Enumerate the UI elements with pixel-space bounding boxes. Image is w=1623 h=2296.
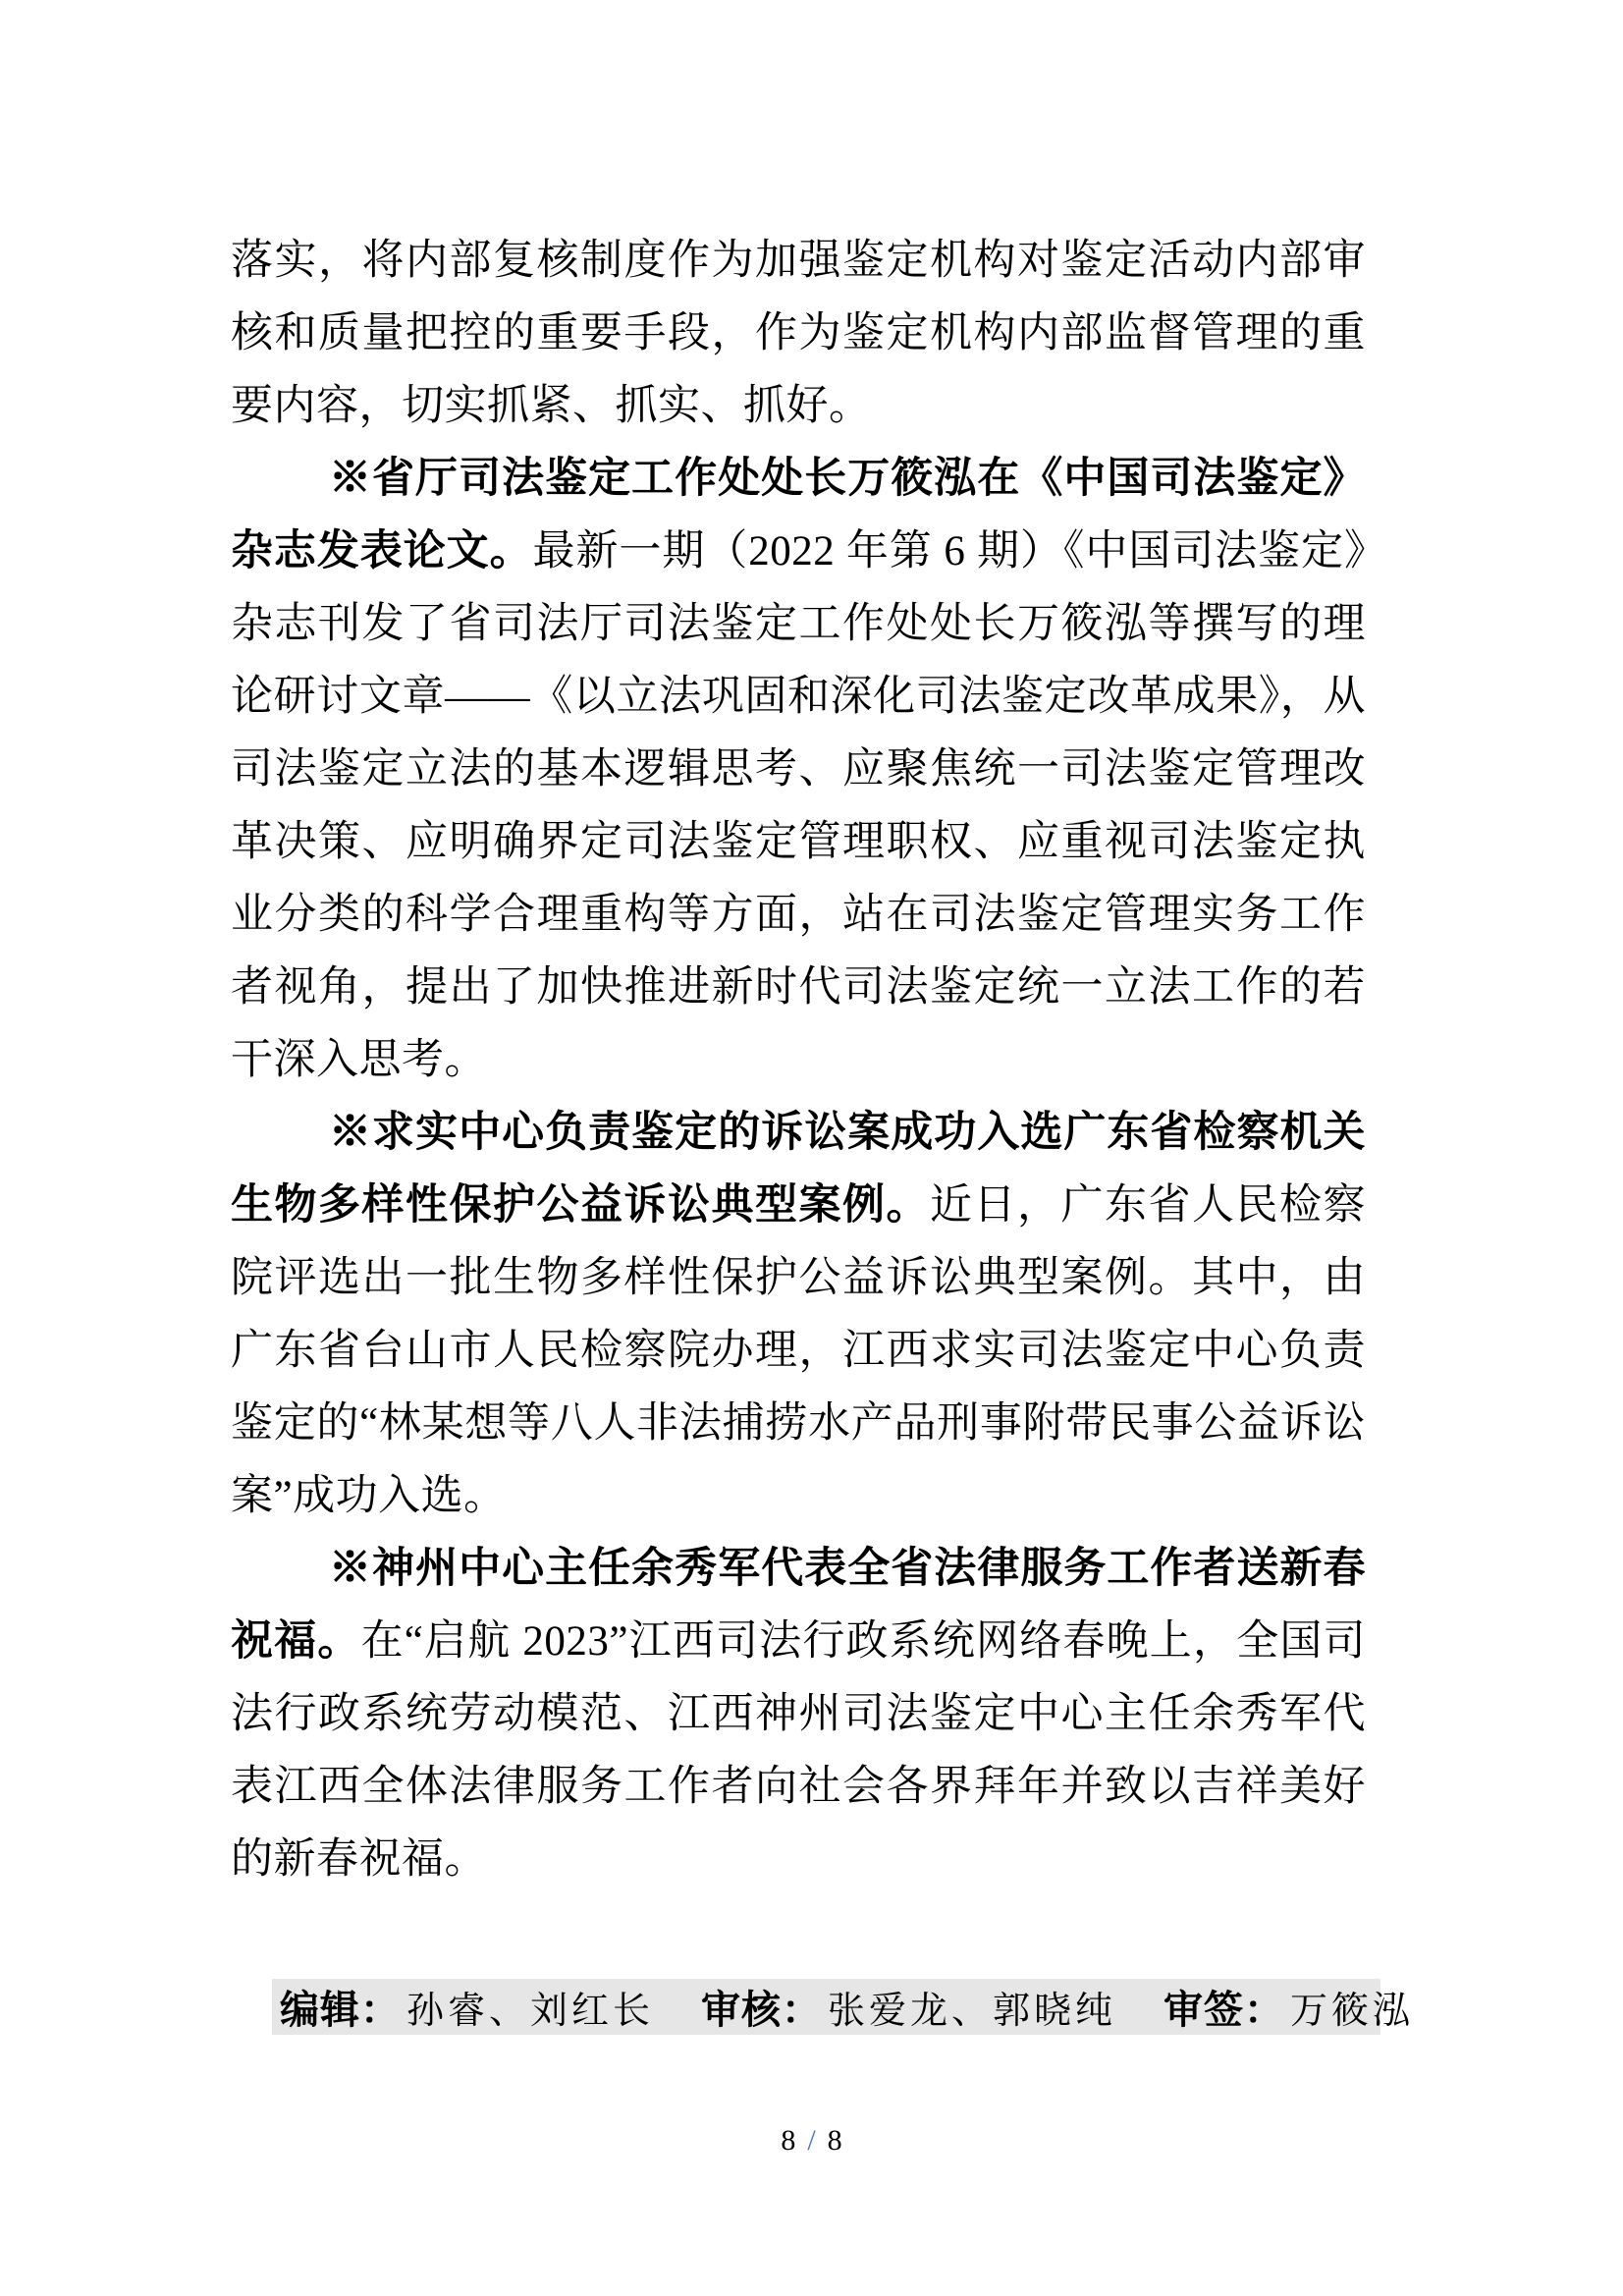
page-number: 8/8 bbox=[0, 2124, 1623, 2158]
credit-editor-label: 编辑： bbox=[280, 1979, 401, 2035]
paragraph-4-text: 在“启航 2023”江西司法行政系统网络春晚上，全国司法行政系统劳动模范、江西神… bbox=[231, 1618, 1366, 1883]
document-page: 落实，将内部复核制度作为加强鉴定机构对鉴定活动内部审核和质量把控的重要手段，作为… bbox=[0, 0, 1623, 2296]
credit-reviewer-label: 审核： bbox=[701, 1979, 822, 2035]
credit-signer: 审签： 万筱泓 bbox=[1163, 1979, 1414, 2035]
document-content: 落实，将内部复核制度作为加强鉴定机构对鉴定活动内部审核和质量把控的重要手段，作为… bbox=[231, 225, 1366, 1896]
paragraph-news-item-3: ※神州中心主任余秀军代表全省法律服务工作者送新春祝福。在“启航 2023”江西司… bbox=[231, 1533, 1366, 1896]
paragraph-3-text: 近日，广东省人民检察院评选出一批生物多样性保护公益诉讼典型案例。其中，由广东省台… bbox=[231, 1182, 1366, 1519]
page-number-total: 8 bbox=[828, 2124, 842, 2157]
credit-signer-names: 万筱泓 bbox=[1290, 1980, 1414, 2034]
credit-signer-label: 审签： bbox=[1163, 1979, 1284, 2035]
credit-reviewer: 审核： 张爱龙、郭晓纯 bbox=[701, 1979, 1116, 2035]
paragraph-news-item-1: ※省厅司法鉴定工作处处长万筱泓在《中国司法鉴定》杂志发表论文。最新一期（2022… bbox=[231, 443, 1366, 1097]
credit-editor: 编辑： 孙睿、刘红长 bbox=[280, 1979, 654, 2035]
credits-bar: 编辑： 孙睿、刘红长 审核： 张爱龙、郭晓纯 审签： 万筱泓 bbox=[272, 1979, 1380, 2035]
paragraph-2-text: 最新一期（2022 年第 6 期）《中国司法鉴定》杂志刊发了省司法厅司法鉴定工作… bbox=[231, 528, 1366, 1083]
credit-reviewer-names: 张爱龙、郭晓纯 bbox=[828, 1980, 1116, 2034]
paragraph-continuation: 落实，将内部复核制度作为加强鉴定机构对鉴定活动内部审核和质量把控的重要手段，作为… bbox=[231, 225, 1366, 443]
page-number-separator: / bbox=[807, 2124, 815, 2157]
paragraph-1-text: 落实，将内部复核制度作为加强鉴定机构对鉴定活动内部审核和质量把控的重要手段，作为… bbox=[231, 238, 1366, 429]
page-number-current: 8 bbox=[781, 2124, 795, 2157]
credit-editor-names: 孙睿、刘红长 bbox=[406, 1980, 654, 2034]
paragraph-news-item-2: ※求实中心负责鉴定的诉讼案成功入选广东省检察机关生物多样性保护公益诉讼典型案例。… bbox=[231, 1097, 1366, 1533]
